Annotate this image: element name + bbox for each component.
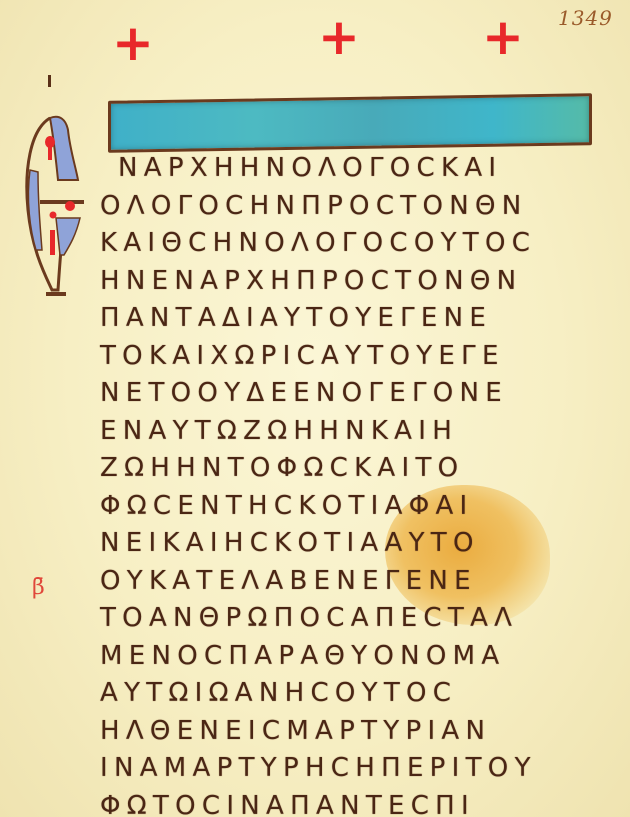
- text-column: ΝΑΡΧΗΗΝΟΛΟΓΟCΚΑΙ ΟΛΟΓΟCΗΝΠΡΟCΤΟΝΘΝ ΚΑΙΘC…: [100, 150, 610, 817]
- text-line-8: ΕΝΑΥΤΩΖΩΗΗΝΚΑΙΗ: [100, 413, 610, 451]
- text-line-4: ΗΝΕΝΑΡΧΗΠΡΟCΤΟΝΘΝ: [100, 263, 610, 301]
- text-line-15: ΑΥΤΩΙΩΑΝΗCΟΥΤΟC: [100, 675, 610, 713]
- text-line-2: ΟΛΟΓΟCΗΝΠΡΟCΤΟΝΘΝ: [100, 188, 610, 226]
- text-line-16: ΗΛΘΕΝΕΙCΜΑΡΤΥΡΙΑΝ: [100, 713, 610, 751]
- text-line-5: ΠΑΝΤΑΔΙΑΥΤΟΥΕΓΕΝΕ: [100, 300, 610, 338]
- headpiece-band: [108, 93, 592, 153]
- illuminated-initial-epsilon-icon: [20, 110, 90, 300]
- text-line-6: ΤΟΚΑΙΧΩΡΙCΑΥΤΟΥΕΓΕ: [100, 338, 610, 376]
- text-line-9: ΖΩΗΗΝΤΟΦΩCΚΑΙΤΟ: [100, 450, 610, 488]
- red-cross-right: +: [482, 12, 524, 62]
- text-line-3: ΚΑΙΘCΗΝΟΛΟΓΟCΟΥΤΟC: [100, 225, 610, 263]
- text-line-17: ΙΝΑΜΑΡΤΥΡΗCΗΠΕΡΙΤΟΥ: [100, 750, 610, 788]
- text-line-7: ΝΕΤΟΟΥΔΕΕΝΟΓΕΓΟΝΕ: [100, 375, 610, 413]
- text-line-18: ΦΩΤΟCΙΝΑΠΑΝΤΕCΠΙ: [100, 788, 610, 817]
- red-cross-left: +: [112, 18, 154, 68]
- folio-number: 1349: [558, 6, 613, 30]
- text-line-12: ΟΥΚΑΤΕΛΑΒΕΝΕΓΕΝΕ: [100, 563, 610, 601]
- text-line-11: ΝΕΙΚΑΙΗCΚΟΤΙΑΑΥΤΟ: [100, 525, 610, 563]
- text-line-1: ΝΑΡΧΗΗΝΟΛΟΓΟCΚΑΙ: [100, 150, 610, 188]
- text-line-14: ΜΕΝΟCΠΑΡΑΘΥΟΝΟΜΑ: [100, 638, 610, 676]
- margin-numeral: β̄: [32, 575, 45, 600]
- manuscript-page: + + + 1349 β̄ ΝΑΡΧΗΗΝΟΛΟΓΟCΚΑΙ ΟΛΟΓΟCΗΝΠ…: [0, 0, 630, 817]
- text-line-13: ΤΟΑΝΘΡΩΠΟCΑΠΕCΤΑΛ: [100, 600, 610, 638]
- margin-tick: [48, 75, 51, 87]
- red-cross-center: +: [318, 12, 360, 62]
- text-line-10: ΦΩCΕΝΤΗCΚΟΤΙΑΦΑΙ: [100, 488, 610, 526]
